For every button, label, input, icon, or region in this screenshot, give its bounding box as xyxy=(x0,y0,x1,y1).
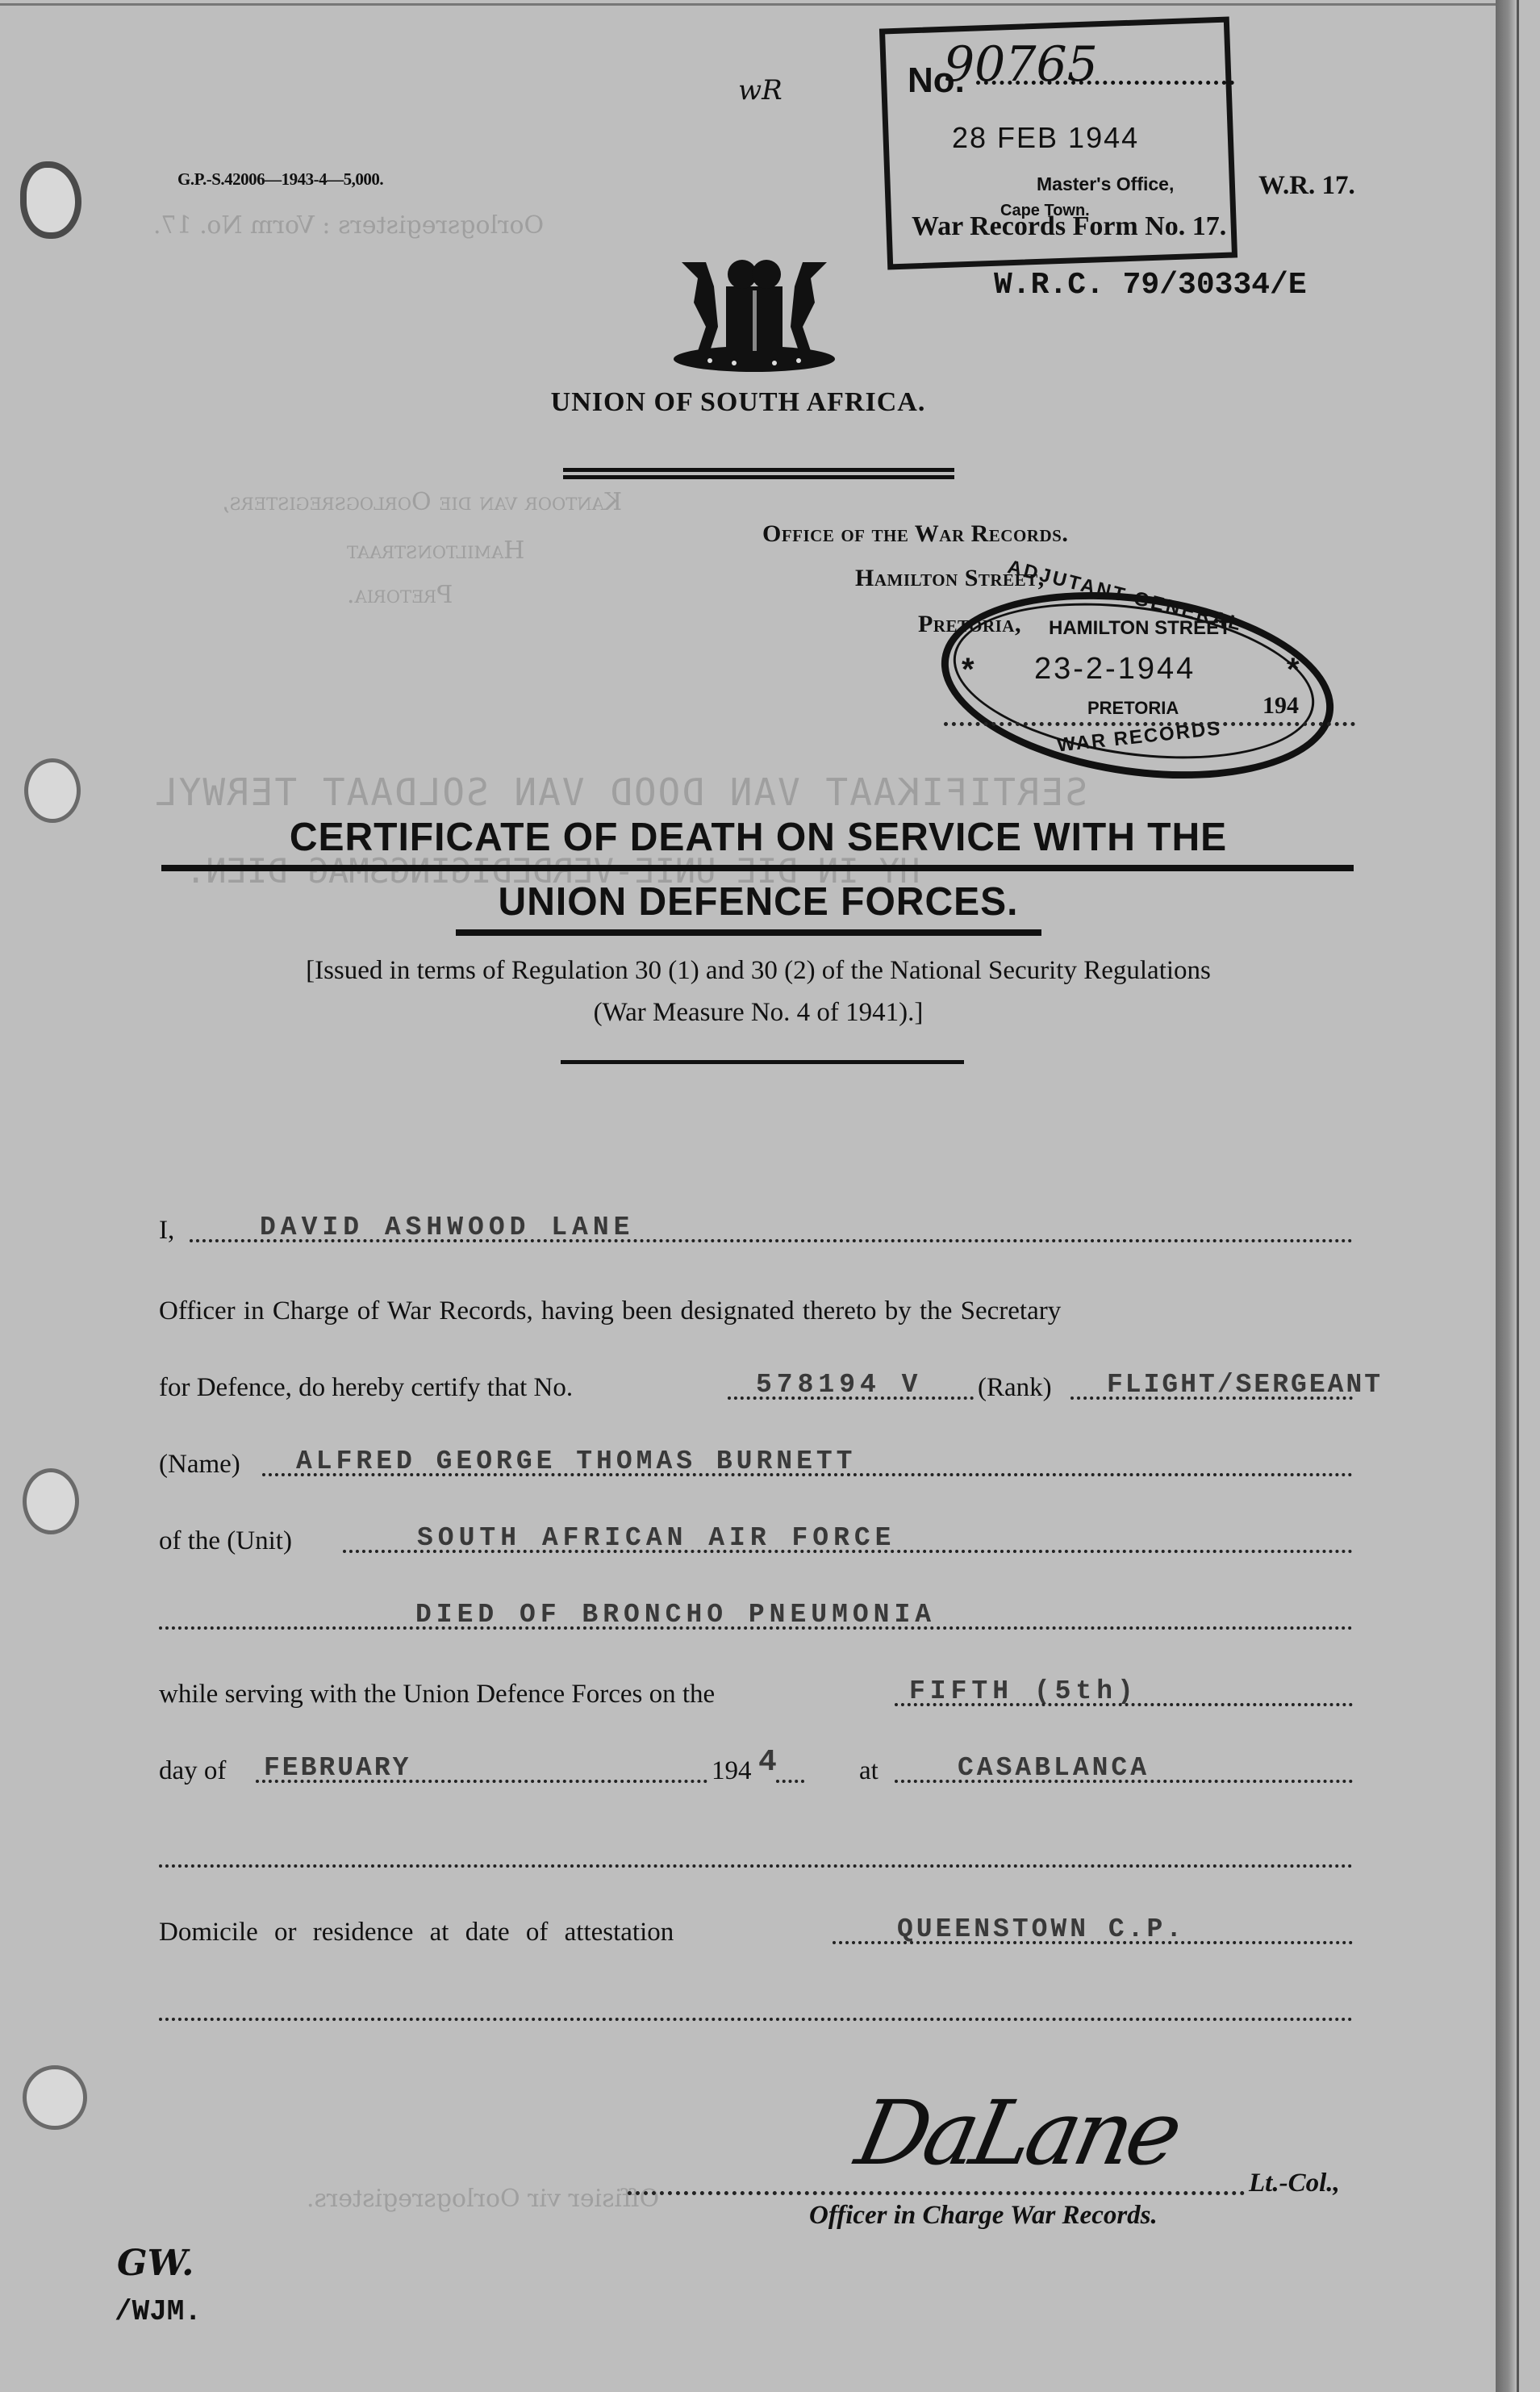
address-year-prefix: 194 xyxy=(1262,692,1299,720)
date-stamp-street: HAMILTON STREET xyxy=(1049,617,1231,640)
received-stamp-date: 28 FEB 1944 xyxy=(952,121,1139,155)
service-number-line: for Defence, do hereby certify that No. … xyxy=(159,1359,1417,1408)
section-divider xyxy=(561,1060,964,1064)
title-underline-2 xyxy=(456,929,1041,936)
date-stamp-city: PRETORIA xyxy=(1087,698,1179,719)
designation-text: Officer in Charge of War Records, having… xyxy=(159,1296,1061,1326)
designation-line: Officer in Charge of War Records, having… xyxy=(159,1283,1353,1331)
signature-rank: Lt.-Col., xyxy=(1249,2169,1340,2198)
signature-line xyxy=(628,2191,1245,2195)
issued-note-line-2: (War Measure No. 4 of 1941).] xyxy=(0,998,1517,1028)
address-date-line xyxy=(944,722,1355,726)
officer-name-line: I, DAVID ASHWOOD LANE xyxy=(159,1202,1353,1250)
serving-label: while serving with the Union Defence For… xyxy=(159,1680,715,1709)
bleed-through-text: Offisier vir Oorlogsregisters. xyxy=(307,2185,659,2213)
certificate-title-line-1: CERTIFICATE OF DEATH ON SERVICE WITH THE xyxy=(15,815,1501,860)
handwritten-initials: GW. xyxy=(117,2243,194,2284)
certify-label: for Defence, do hereby certify that No. xyxy=(159,1373,573,1403)
i-label: I, xyxy=(159,1216,174,1246)
unit-value: SOUTH AFRICAN AIR FORCE xyxy=(417,1523,895,1553)
form-name: War Records Form No. 17. xyxy=(912,211,1226,242)
name-value: ALFRED GEORGE THOMAS BURNETT xyxy=(296,1446,857,1476)
punch-hole xyxy=(24,758,81,823)
page-edge-shadow xyxy=(1496,0,1517,2392)
bleed-through-text: Kantoor van die Oorlogsregisters, xyxy=(222,488,622,516)
service-number-value: 578194 V xyxy=(756,1370,922,1400)
serving-day-line: while serving with the Union Defence For… xyxy=(159,1666,1353,1714)
top-edge xyxy=(0,3,1517,6)
blank-dots-2 xyxy=(159,2018,1353,2021)
rank-label: (Rank) xyxy=(978,1373,1052,1403)
date-place-line: day of FEBRUARY 194 4 at CASABLANCA xyxy=(159,1743,1353,1791)
received-stamp-office: Master's Office, xyxy=(1037,173,1174,195)
blank-line-1 xyxy=(159,1827,1353,1876)
punch-hole xyxy=(20,161,81,239)
bleed-through-text: Hamiltonstraat xyxy=(347,536,524,565)
year-prefix: 194 xyxy=(712,1756,752,1786)
file-reference: W.R.C. 79/30334/E xyxy=(994,268,1307,303)
name-line: (Name) ALFRED GEORGE THOMAS BURNETT xyxy=(159,1436,1353,1484)
double-rule-divider xyxy=(563,468,954,479)
bleed-through-text: Oorlogsregisters : Vorm No. 17. xyxy=(153,211,544,240)
date-stamp-star-left: * xyxy=(962,652,974,688)
day-of-label: day of xyxy=(159,1756,226,1786)
domicile-value: QUEENSTOWN C.P. xyxy=(897,1914,1185,1944)
at-label: at xyxy=(859,1756,879,1786)
year-digit: 4 xyxy=(758,1745,782,1780)
date-stamp-star-right: * xyxy=(1287,652,1300,688)
blank-line-2 xyxy=(159,1981,1353,2029)
country-heading: UNION OF SOUTH AFRICA. xyxy=(0,387,1517,418)
blank-dots-1 xyxy=(159,1864,1353,1868)
title-underline-1 xyxy=(161,865,1354,871)
year-dots xyxy=(776,1780,804,1783)
rank-value: FLIGHT/SERGEANT xyxy=(1107,1370,1383,1400)
received-stamp-number: 90765 xyxy=(944,36,1098,93)
form-print-code: G.P.-S.42006—1943-4—5,000. xyxy=(177,169,383,190)
date-stamp-date: 23-2-1944 xyxy=(1034,652,1196,687)
certificate-title-line-2: UNION DEFENCE FORCES. xyxy=(15,879,1501,925)
bleed-through-text: SERTIFIKAAT VAN DOOD VAN SOLDAAT TERWYL xyxy=(153,770,1087,814)
punch-hole xyxy=(23,2065,87,2130)
domicile-line: Domicile or residence at date of attesta… xyxy=(159,1904,1353,1952)
form-ref-top: W.R. 17. xyxy=(1258,171,1355,201)
cause-line: DIED OF BRONCHO PNEUMONIA xyxy=(159,1589,1353,1638)
issued-note-line-1: [Issued in terms of Regulation 30 (1) an… xyxy=(0,956,1517,986)
officer-name-value: DAVID ASHWOOD LANE xyxy=(260,1213,634,1242)
document-page: Oorlogsregisters : Vorm No. 17. Kantoor … xyxy=(0,0,1519,2392)
domicile-label: Domicile or residence at date of attesta… xyxy=(159,1918,674,1947)
punch-hole xyxy=(23,1468,79,1534)
officer-signature: DaLane xyxy=(848,2081,1187,2185)
place-value: CASABLANCA xyxy=(958,1753,1150,1783)
country-heading-text: UNION OF SOUTH AFRICA. xyxy=(551,387,926,417)
unit-label: of the (Unit) xyxy=(159,1526,292,1556)
name-label: (Name) xyxy=(159,1450,240,1480)
unit-line: of the (Unit) SOUTH AFRICAN AIR FORCE xyxy=(159,1513,1353,1561)
cause-value: DIED OF BRONCHO PNEUMONIA xyxy=(415,1600,936,1630)
bleed-through-text: Pretoria. xyxy=(347,581,453,609)
day-value: FIFTH (5th) xyxy=(909,1676,1138,1706)
typist-initials: /WJM. xyxy=(115,2295,202,2328)
signature-title: Officer in Charge War Records. xyxy=(809,2201,1158,2231)
month-value: FEBRUARY xyxy=(264,1753,411,1783)
handwritten-mark: wR xyxy=(738,74,783,106)
coat-of-arms-icon xyxy=(670,254,839,375)
office-line-1: Office of the War Records. xyxy=(762,520,1068,548)
